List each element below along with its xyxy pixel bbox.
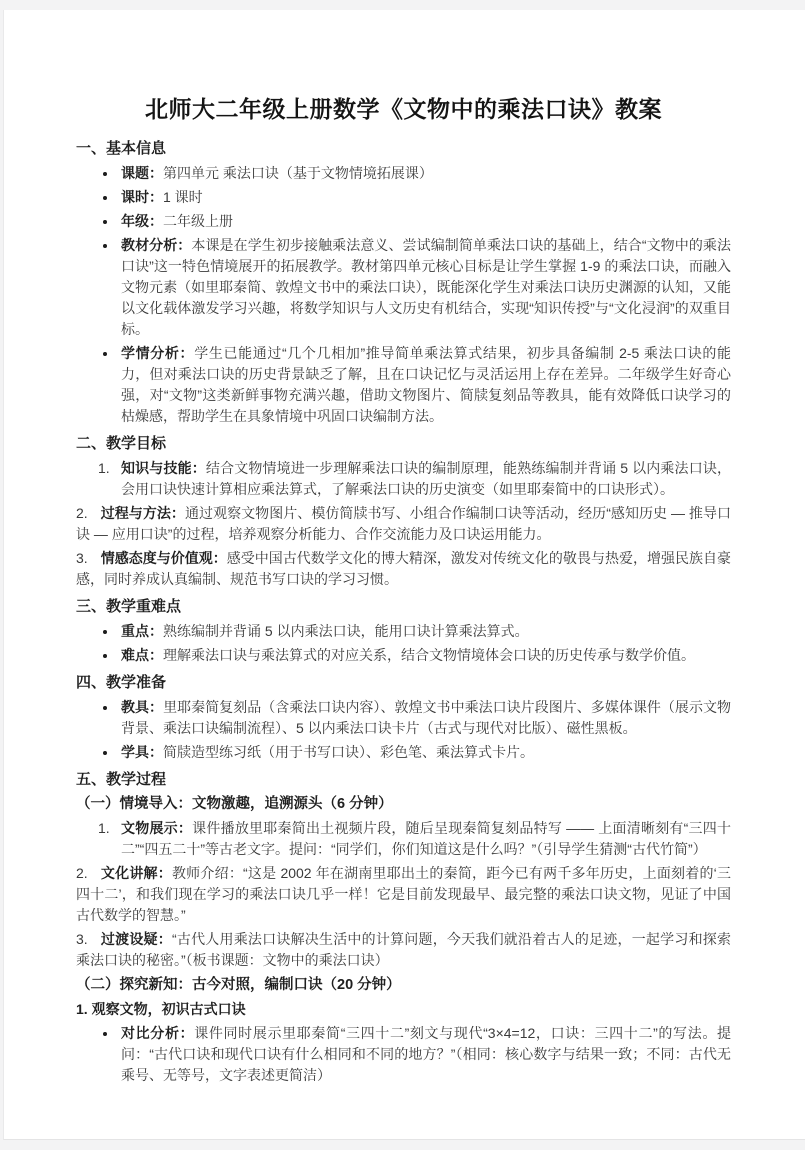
bullet-icon: [103, 196, 107, 200]
item-label: 文物展示：: [121, 820, 192, 836]
list-item-zhongdian: 重点：熟练编制并背诵 5 以内乘法口诀，能用口诀计算乘法算式。: [76, 621, 731, 642]
bullet-icon: [103, 220, 107, 224]
item-text: 二年级上册: [163, 213, 233, 229]
item-text: 熟练编制并背诵 5 以内乘法口诀，能用口诀计算乘法算式。: [163, 623, 529, 639]
item-label: 文化讲解：: [101, 865, 172, 881]
item-text: 第四单元 乘法口诀（基于文物情境拓展课）: [163, 165, 433, 181]
item-label: 课时：: [121, 189, 163, 205]
bullet-icon: [103, 630, 107, 634]
item-label: 过程与方法：: [101, 505, 185, 521]
item-label: 重点：: [121, 623, 163, 639]
item-text: 课件同时展示里耶秦简“三四十二”刻文与现代“3×4=12，口诀：三四十二”的写法…: [121, 1025, 731, 1083]
bullet-icon: [103, 244, 107, 248]
item-text: 本课是在学生初步接触乘法意义、尝试编制简单乘法口诀的基础上，结合“文物中的乘法口…: [121, 237, 731, 337]
list-item-nandian: 难点：理解乘法口诀与乘法算式的对应关系，结合文物情境体会口诀的历史传承与数学价值…: [76, 645, 731, 666]
item-label: 知识与技能：: [121, 460, 206, 476]
numbered-item-wenwu-zhanshi: 1. 文物展示：课件播放里耶秦简出土视频片段，随后呈现秦简复刻品特写 —— 上面…: [76, 818, 731, 860]
list-item-xueju: 学具：简牍造型练习纸（用于书写口诀）、彩色笔、乘法算式卡片。: [76, 742, 731, 763]
bullet-icon: [103, 1032, 107, 1036]
list-item-keti: 课题：第四单元 乘法口诀（基于文物情境拓展课）: [76, 163, 731, 184]
item-text: 教师介绍：“这是 2002 年在湖南里耶出土的秦简，距今已有两千多年历史，上面刻…: [76, 865, 731, 923]
bullet-icon: [103, 706, 107, 710]
item-label: 学情分析：: [121, 345, 194, 361]
list-item-jiaoju: 教具：里耶秦简复刻品（含乘法口诀内容）、敦煌文书中乘法口诀片段图片、多媒体课件（…: [76, 697, 731, 739]
list-item-xueqing-fenxi: 学情分析：学生已能通过“几个几相加”推导简单乘法算式结果，初步具备编制 2-5 …: [76, 343, 731, 427]
list-item-jiaocai-fenxi: 教材分析：本课是在学生初步接触乘法意义、尝试编制简单乘法口诀的基础上，结合“文物…: [76, 235, 731, 340]
item-text: 理解乘法口诀与乘法算式的对应关系，结合文物情境体会口诀的历史传承与数学价值。: [163, 647, 695, 663]
list-item-keshi: 课时：1 课时: [76, 187, 731, 208]
numbered-item-wenhua-jiangjie: 2.文化讲解：教师介绍：“这是 2002 年在湖南里耶出土的秦简，距今已有两千多…: [76, 863, 731, 926]
item-label: 难点：: [121, 647, 163, 663]
item-number: 2.: [76, 865, 88, 881]
document-canvas: 北师大二年级上册数学《文物中的乘法口诀》教案 一、基本信息 课题：第四单元 乘法…: [0, 0, 805, 1150]
item-label: 年级：: [121, 213, 163, 229]
item-text: 学生已能通过“几个几相加”推导简单乘法算式结果，初步具备编制 2-5 乘法口诀的…: [121, 345, 731, 424]
item-label: 教材分析：: [121, 237, 191, 253]
numbered-item-emotion-values: 3.情感态度与价值观：感受中国古代数学文化的博大精深，激发对传统文化的敬畏与热爱…: [76, 548, 731, 590]
item-text: “古代人用乘法口诀解决生活中的计算问题，今天我们就沿着古人的足迹，一起学习和探索…: [76, 931, 731, 968]
bullet-icon: [103, 654, 107, 658]
item-label: 过渡设疑：: [101, 931, 172, 947]
item-text: 结合文物情境进一步理解乘法口诀的编制原理，能熟练编制并背诵 5 以内乘法口诀，会…: [121, 460, 731, 497]
section-heading-key-points: 三、教学重难点: [76, 596, 731, 617]
bullet-icon: [103, 751, 107, 755]
item-text: 简牍造型练习纸（用于书写口诀）、彩色笔、乘法算式卡片。: [163, 744, 534, 760]
sub-point-observe-artifact: 1. 观察文物，初识古式口诀: [76, 999, 731, 1020]
numbered-item-process-method: 2.过程与方法：通过观察文物图片、模仿简牍书写、小组合作编制口诀等活动，经历“感…: [76, 503, 731, 545]
item-number: 1.: [98, 818, 110, 839]
numbered-item-knowledge-skills: 1. 知识与技能：结合文物情境进一步理解乘法口诀的编制原理，能熟练编制并背诵 5…: [76, 458, 731, 500]
subsection-heading-explore: （二）探究新知：古今对照，编制口诀（20 分钟）: [76, 975, 731, 996]
item-text: 1 课时: [163, 189, 203, 205]
item-label: 对比分析：: [121, 1025, 194, 1041]
subsection-heading-intro: （一）情境导入：文物激趣，追溯源头（6 分钟）: [76, 794, 731, 815]
item-number: 2.: [76, 505, 88, 521]
section-heading-objectives: 二、教学目标: [76, 433, 731, 454]
section-heading-basic-info: 一、基本信息: [76, 138, 731, 159]
item-label: 学具：: [121, 744, 163, 760]
item-number: 3.: [76, 931, 88, 947]
numbered-item-guodu-sheyi: 3.过渡设疑：“古代人用乘法口诀解决生活中的计算问题，今天我们就沿着古人的足迹，…: [76, 929, 731, 971]
bullet-icon: [103, 172, 107, 176]
section-heading-process: 五、教学过程: [76, 769, 731, 790]
item-number: 1.: [98, 458, 110, 479]
item-label: 课题：: [121, 165, 163, 181]
list-item-duibi-fenxi: 对比分析：课件同时展示里耶秦简“三四十二”刻文与现代“3×4=12，口诀：三四十…: [76, 1023, 731, 1086]
bullet-icon: [103, 352, 107, 356]
item-text: 里耶秦简复刻品（含乘法口诀内容）、敦煌文书中乘法口诀片段图片、多媒体课件（展示文…: [121, 699, 731, 736]
item-label: 情感态度与价值观：: [101, 550, 227, 566]
item-text: 课件播放里耶秦简出土视频片段，随后呈现秦简复刻品特写 —— 上面清晰刻有“三四十…: [121, 820, 731, 857]
document-page: 北师大二年级上册数学《文物中的乘法口诀》教案 一、基本信息 课题：第四单元 乘法…: [3, 10, 805, 1140]
item-number: 3.: [76, 550, 88, 566]
item-label: 教具：: [121, 699, 163, 715]
page-title: 北师大二年级上册数学《文物中的乘法口诀》教案: [76, 94, 731, 124]
section-heading-preparation: 四、教学准备: [76, 672, 731, 693]
list-item-nianji: 年级：二年级上册: [76, 211, 731, 232]
